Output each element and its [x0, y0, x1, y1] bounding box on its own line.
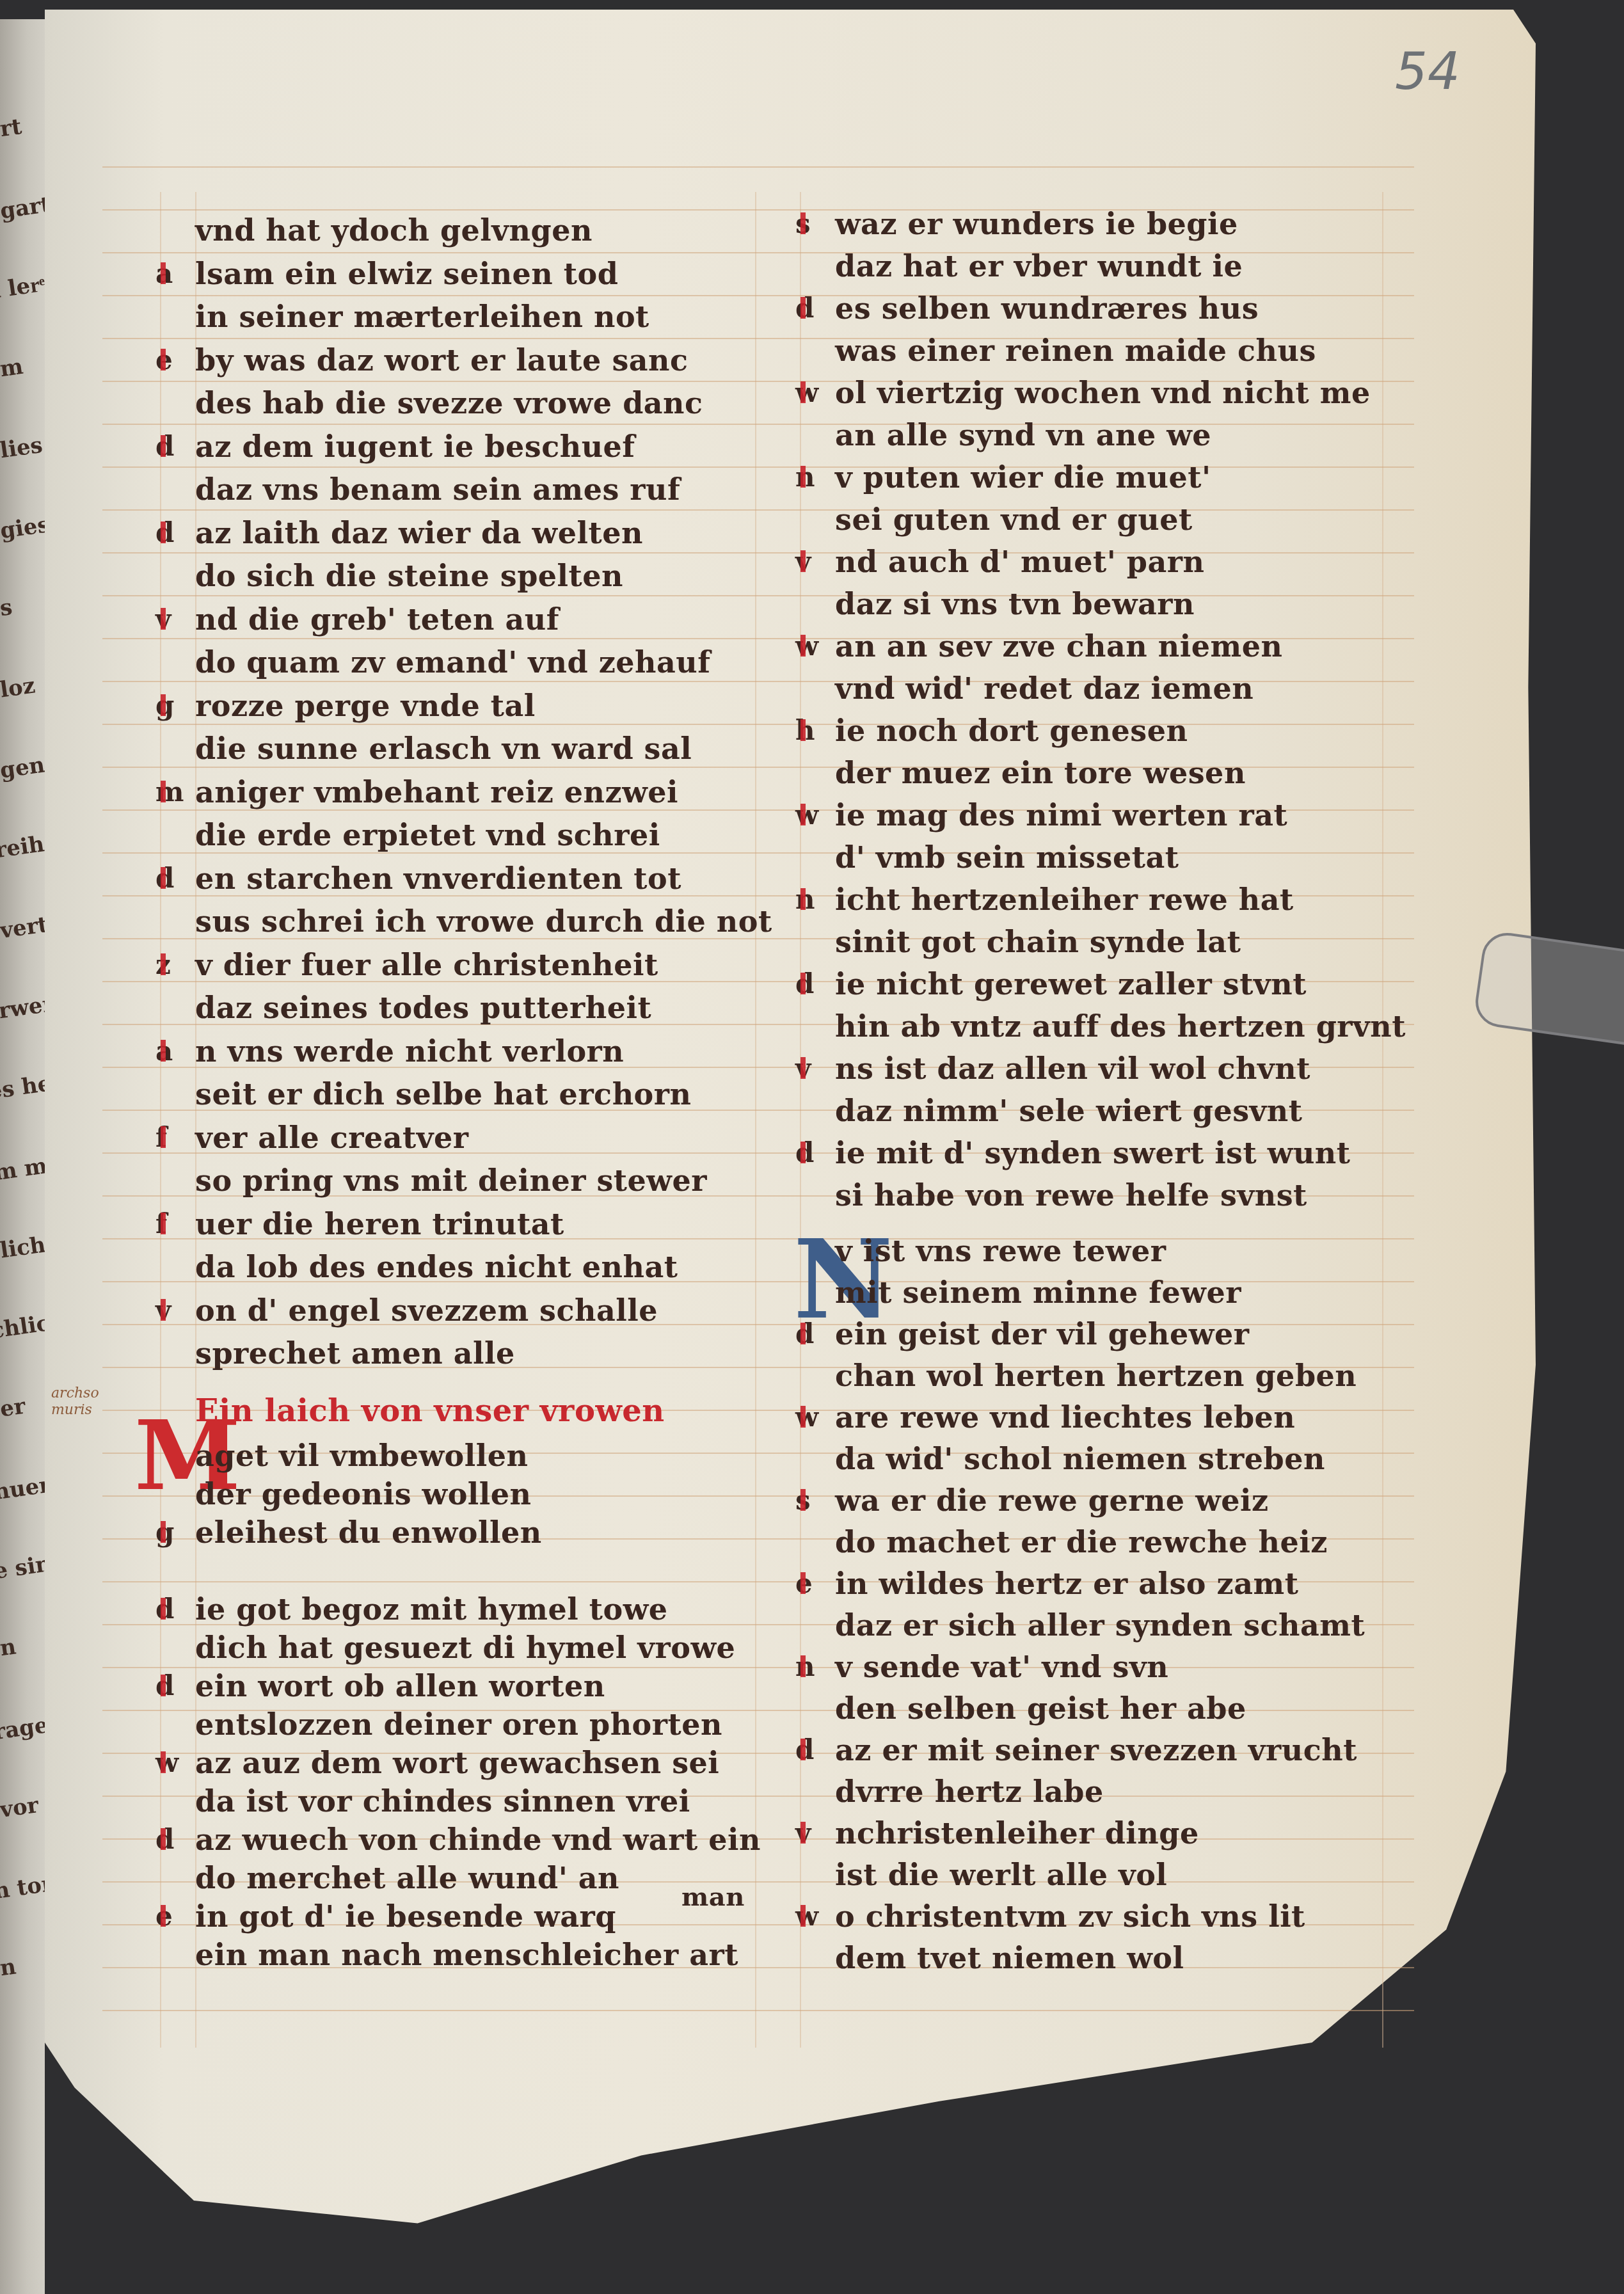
verse-text: daz er sich aller synden schamt: [835, 1608, 1365, 1643]
rubricated-initial: f: [155, 1119, 168, 1157]
rubricated-initial: d: [795, 965, 815, 1003]
verse-line: daz laith daz wier da welten: [195, 514, 643, 552]
verse-line: dein geist der vil gehewer: [835, 1315, 1249, 1353]
rubricated-initial: w: [795, 796, 819, 834]
verse-text: az er mit seiner svezzen vrucht: [835, 1733, 1357, 1767]
ruling-horizontal: [102, 595, 1414, 596]
verse-text: wa er die rewe gerne weiz: [835, 1483, 1269, 1518]
marginal-note: archso muris: [51, 1385, 99, 1419]
verse-line: an vns werde nicht verlorn: [195, 1032, 624, 1071]
verse-line: alsam ein elwiz seinen tod: [195, 255, 618, 293]
verse-text: nd auch d' muet' parn: [835, 545, 1204, 579]
verse-line: die got begoz mit hymel towe: [195, 1590, 668, 1629]
verse-line: an alle synd vn ane we: [835, 416, 1211, 454]
verse-line: wol viertzig wochen vnd nicht me: [835, 374, 1371, 412]
verse-line: si habe von rewe helfe svnst: [835, 1176, 1307, 1215]
previous-leaf-fragment: lich: [0, 1232, 45, 1264]
verse-text: da wid' schol niemen streben: [835, 1442, 1325, 1476]
verse-text: v sende vat' vnd svn: [835, 1650, 1168, 1684]
verse-text: daz vns benam sein ames ruf: [195, 472, 680, 507]
verse-text: aget vil vmbewollen: [195, 1438, 528, 1473]
verse-line: ein got d' ie besende warq: [195, 1897, 616, 1936]
verse-text: in seiner mærterleihen not: [195, 299, 649, 334]
previous-leaf-fragment: en reihen: [0, 827, 45, 869]
verse-text: da ist vor chindes sinnen vrei: [195, 1784, 690, 1819]
verse-line: von d' engel svezzem schalle: [195, 1291, 658, 1330]
verse-text: in got d' ie besende warq: [195, 1899, 616, 1934]
rubricated-initial: w: [795, 374, 819, 412]
rubricated-initial: v: [155, 1291, 171, 1330]
verse-text: da lob des endes nicht enhat: [195, 1250, 678, 1284]
verse-line: so pring vns mit deiner stewer: [195, 1161, 707, 1200]
previous-leaf-fragment: er: [0, 1393, 27, 1422]
verse-line: da lob des endes nicht enhat: [195, 1248, 678, 1286]
rubricated-initial: d: [155, 1590, 175, 1629]
verse-text: der muez ein tore wesen: [835, 756, 1246, 790]
rubricated-initial: a: [155, 255, 173, 293]
previous-leaf-fragment: gart: [0, 192, 45, 225]
rubricated-initial: g: [155, 687, 175, 725]
verse-line: sei guten vnd er guet: [835, 500, 1193, 539]
verse-text: sprechet amen alle: [195, 1336, 515, 1371]
rubricated-initial: s: [795, 1481, 811, 1520]
previous-leaf-fragment: n: [0, 1634, 17, 1661]
verse-line: do machet er die rewche heiz: [835, 1523, 1328, 1561]
verse-text: dem tvet niemen wol: [835, 1941, 1184, 1975]
rubricated-initial: d: [155, 1667, 175, 1705]
previous-leaf-fragment: gies: [0, 512, 45, 544]
verse-text: az wuech von chinde vnd wart ein: [195, 1822, 761, 1857]
verse-text: an an sev zve chan niemen: [835, 629, 1282, 664]
verse-line: des selben wundræres hus: [835, 289, 1259, 328]
verse-line: eby was daz wort er laute sanc: [195, 341, 689, 379]
foliation-number: 54: [1395, 42, 1460, 101]
verse-text: vnd hat ydoch gelvngen: [195, 213, 593, 248]
verse-text: so pring vns mit deiner stewer: [195, 1163, 707, 1198]
verse-text: rozze perge vnde tal: [195, 689, 536, 723]
verse-line: vnd wid' redet daz iemen: [835, 669, 1254, 708]
rubricated-initial: d: [795, 1315, 815, 1353]
verse-line: den selben geist her abe: [835, 1689, 1246, 1728]
verse-line: ist die werlt alle vol: [835, 1856, 1167, 1894]
verse-text: ein wort ob allen worten: [195, 1669, 605, 1703]
verse-line: seit er dich selbe hat erchorn: [195, 1075, 691, 1113]
previous-leaf-fragment: rt: [0, 114, 23, 142]
verse-line: waz auz dem wort gewachsen sei: [195, 1744, 719, 1782]
rubricated-initial: n: [795, 880, 815, 919]
previous-leaf-fragment: e sin: [0, 1551, 45, 1584]
verse-text: az laith daz wier da welten: [195, 516, 643, 550]
previous-leaf-fragment: m: [0, 354, 25, 383]
verse-text: an alle synd vn ane we: [835, 418, 1211, 452]
verse-line: vns ist daz allen vil wol chvnt: [835, 1049, 1310, 1088]
verse-text: by was daz wort er laute sanc: [195, 343, 689, 378]
ruling-horizontal: [102, 466, 1414, 468]
verse-line: dein wort ob allen worten: [195, 1667, 605, 1705]
verse-line: chan wol herten hertzen geben: [835, 1357, 1357, 1395]
rubricated-initial: d: [795, 1731, 815, 1769]
previous-leaf-fragment: nuere: [0, 1470, 45, 1505]
verse-text: dich hat gesuezt di hymel vrowe: [195, 1630, 735, 1665]
verse-text: entslozzen deiner oren phorten: [195, 1707, 722, 1742]
verse-line: do merchet alle wund' an: [195, 1859, 619, 1897]
rubricated-initial: n: [795, 458, 815, 497]
rubricated-initial: d: [795, 1134, 815, 1172]
rubricated-initial: w: [155, 1744, 179, 1782]
verse-line: sus schrei ich vrowe durch die not: [195, 902, 772, 941]
rubricated-initial: s: [795, 205, 811, 243]
verse-text: die erde erpietet vnd schrei: [195, 818, 660, 852]
verse-text: seit er dich selbe hat erchorn: [195, 1077, 691, 1111]
rubricated-initial: d: [155, 859, 175, 898]
verse-text: en starchen vnverdienten tot: [195, 861, 681, 896]
previous-leaf-fragment: ragen: [0, 1710, 45, 1746]
rubricated-initial: n: [795, 1648, 815, 1686]
verse-line: zv dier fuer alle christenheit: [195, 946, 658, 984]
verse-line: daz hat er vber wundt ie: [835, 247, 1243, 285]
rubricated-initial: d: [155, 514, 175, 552]
verse-text: v puten wier die muet': [835, 460, 1211, 495]
rubricated-initial: h: [795, 712, 815, 750]
verse-text: hin ab vntz auff des hertzen grvnt: [835, 1009, 1406, 1044]
previous-leaf-fragment: n tor: [0, 1871, 45, 1905]
verse-line: fuer die heren trinutat: [195, 1205, 564, 1243]
verse-text: der gedeonis wollen: [195, 1477, 532, 1511]
verse-text: az dem iugent ie beschuef: [195, 429, 635, 464]
ruling-horizontal: [102, 166, 1414, 168]
verse-line: da ist vor chindes sinnen vrei: [195, 1782, 690, 1820]
verse-line: sprechet amen alle: [195, 1334, 515, 1373]
verse-text: d' vmb sein missetat: [835, 840, 1179, 875]
verse-line: der gedeonis wollen: [195, 1475, 532, 1513]
rubric-heading: Ein laich von vnser vrowen: [195, 1392, 665, 1430]
verse-text: nd die greb' teten auf: [195, 602, 559, 637]
ruling-horizontal: [102, 552, 1414, 554]
verse-line: die sunne erlasch vn ward sal: [195, 729, 692, 768]
previous-leaf-fragment: loz: [0, 673, 36, 703]
rubricated-initial: w: [795, 627, 819, 665]
verse-line: ware rewe vnd liechtes leben: [835, 1398, 1295, 1437]
verse-line: nicht hertzenleiher rewe hat: [835, 880, 1294, 919]
verse-text: n vns werde nicht verlorn: [195, 1034, 624, 1069]
verse-text: daz hat er vber wundt ie: [835, 249, 1243, 283]
marginal-note-line: archso: [51, 1385, 99, 1402]
verse-line: daz wuech von chinde vnd wart ein: [195, 1820, 761, 1859]
verse-text: az auz dem wort gewachsen sei: [195, 1746, 719, 1780]
verse-text: nchristenleiher dinge: [835, 1816, 1199, 1851]
verse-line: sinit got chain synde lat: [835, 923, 1241, 961]
rubricated-initial: v: [795, 1814, 811, 1852]
verse-line: was einer reinen maide chus: [835, 331, 1316, 370]
verse-text: den selben geist her abe: [835, 1691, 1246, 1726]
verse-text: mit seinem minne fewer: [835, 1275, 1241, 1310]
verse-text: die sunne erlasch vn ward sal: [195, 731, 692, 766]
rubricated-initial: z: [155, 946, 171, 984]
ruling-vertical: [1382, 192, 1383, 2048]
verse-line: daz nimm' sele wiert gesvnt: [835, 1092, 1302, 1130]
verse-line: der muez ein tore wesen: [835, 754, 1246, 792]
verse-text: v dier fuer alle christenheit: [195, 948, 658, 982]
verse-line: nv puten wier die muet': [835, 458, 1211, 497]
verse-text: in wildes hertz er also zamt: [835, 1566, 1298, 1601]
rubricated-initial: g: [155, 1513, 175, 1552]
verse-line: wie mag des nimi werten rat: [835, 796, 1287, 834]
verse-text: ie noch dort genesen: [835, 713, 1188, 748]
verse-text: aniger vmbehant reiz enzwei: [195, 775, 678, 809]
ruling-horizontal: [102, 2010, 1414, 2011]
previous-leaf-fragment: nichlich: [0, 1308, 45, 1347]
verse-line: hie noch dort genesen: [835, 712, 1188, 750]
verse-text: dvrre hertz labe: [835, 1774, 1104, 1809]
verse-text: sinit got chain synde lat: [835, 925, 1241, 959]
verse-text: uer die heren trinutat: [195, 1207, 564, 1241]
verse-text: eleihest du enwollen: [195, 1515, 542, 1550]
verse-line: do quam zv emand' vnd zehauf: [195, 643, 711, 681]
rubricated-initial: v: [155, 600, 171, 639]
verse-line: vnd hat ydoch gelvngen: [195, 211, 593, 250]
rubricated-initial: m: [155, 773, 184, 811]
verse-text: icht hertzenleiher rewe hat: [835, 882, 1294, 917]
verse-line: vnchristenleiher dinge: [835, 1814, 1199, 1852]
previous-leaf-fragment: vor: [0, 1792, 40, 1823]
verse-text: waz er wunders ie begie: [835, 207, 1238, 241]
previous-leaf-fragment: erwert: [0, 990, 45, 1026]
verse-text: vnd wid' redet daz iemen: [835, 671, 1254, 706]
verse-line: maniger vmbehant reiz enzwei: [195, 773, 678, 811]
verse-line: daz seines todes putterheit: [195, 989, 651, 1027]
marginal-insert: man: [681, 1878, 745, 1916]
verse-text: ol viertzig wochen vnd nicht me: [835, 376, 1371, 410]
verse-line: daz si vns tvn bewarn: [835, 585, 1195, 623]
verse-text: es selben wundræres hus: [835, 291, 1259, 326]
verse-line: do sich die steine spelten: [195, 557, 623, 595]
verse-text: ver alle creatver: [195, 1120, 469, 1155]
previous-leaf-fragment: s: [0, 594, 14, 621]
verse-text: are rewe vnd liechtes leben: [835, 1400, 1295, 1435]
verse-line: entslozzen deiner oren phorten: [195, 1705, 722, 1744]
verse-line: aget vil vmbewollen: [195, 1437, 528, 1475]
verse-line: d' vmb sein missetat: [835, 838, 1179, 877]
previous-leaf-fragment: zes her: [0, 1069, 45, 1107]
verse-text: do merchet alle wund' an: [195, 1861, 619, 1895]
verse-line: in seiner mærterleihen not: [195, 298, 649, 336]
verse-line: mit seinem minne fewer: [835, 1273, 1241, 1312]
verse-text: chan wol herten hertzen geben: [835, 1358, 1357, 1393]
verse-text: was einer reinen maide chus: [835, 333, 1316, 368]
rubricated-initial: w: [795, 1897, 819, 1936]
verse-line: dem tvet niemen wol: [835, 1939, 1184, 1977]
verse-line: ein wildes hertz er also zamt: [835, 1565, 1298, 1603]
verse-text: ie mit d' synden swert ist wunt: [835, 1136, 1351, 1170]
ruling-vertical: [755, 192, 756, 2048]
verse-line: daz vns benam sein ames ruf: [195, 470, 680, 509]
rubricated-initial: e: [795, 1565, 813, 1603]
verse-line: die erde erpietet vnd schrei: [195, 816, 660, 854]
verse-line: des hab die svezze vrowe danc: [195, 384, 703, 422]
verse-line: hin ab vntz auff des hertzen grvnt: [835, 1007, 1406, 1046]
previous-leaf-fragment: m mer: [0, 1150, 45, 1186]
rubricated-initial: d: [155, 427, 175, 466]
rubricated-initial: w: [795, 1398, 819, 1437]
marginal-note-line: muris: [51, 1402, 99, 1419]
verse-text: ie got begoz mit hymel towe: [195, 1592, 668, 1627]
verse-text: do quam zv emand' vnd zehauf: [195, 645, 711, 680]
previous-leaf-fragment: gen: [0, 752, 45, 783]
verse-line: da wid' schol niemen streben: [835, 1440, 1325, 1478]
rubricated-initial: e: [155, 1897, 173, 1936]
verse-line: die nicht gerewet zaller stvnt: [835, 965, 1307, 1003]
previous-leaf-edge: rtgartn lerͤmliesgiesslozgenen reihenver…: [0, 19, 45, 2294]
verse-text: si habe von rewe helfe svnst: [835, 1178, 1307, 1213]
verse-line: swaz er wunders ie begie: [835, 205, 1238, 243]
ruling-horizontal: [102, 509, 1414, 511]
verse-line: v ist vns rewe tewer: [835, 1232, 1166, 1270]
verse-text: sei guten vnd er guet: [835, 502, 1193, 537]
verse-text: ist die werlt alle vol: [835, 1858, 1167, 1892]
verse-text: ie mag des nimi werten rat: [835, 798, 1287, 832]
verse-text: ein geist der vil gehewer: [835, 1317, 1249, 1351]
verse-text: daz nimm' sele wiert gesvnt: [835, 1094, 1302, 1128]
verse-text: on d' engel svezzem schalle: [195, 1293, 658, 1328]
verse-line: ein man nach menschleicher art: [195, 1936, 738, 1974]
verse-text: v ist vns rewe tewer: [835, 1234, 1166, 1268]
previous-leaf-fragment: n lerͤ: [0, 271, 45, 305]
verse-line: daz er mit seiner svezzen vrucht: [835, 1731, 1357, 1769]
rubricated-initial: e: [155, 341, 173, 379]
rubricated-initial: d: [795, 289, 815, 328]
verse-text: o christentvm zv sich vns lit: [835, 1899, 1305, 1934]
verse-line: wan an sev zve chan niemen: [835, 627, 1282, 665]
verse-line: vnd auch d' muet' parn: [835, 543, 1204, 581]
verse-line: wo christentvm zv sich vns lit: [835, 1897, 1305, 1936]
verse-line: den starchen vnverdienten tot: [195, 859, 681, 898]
verse-line: dvrre hertz labe: [835, 1772, 1104, 1811]
verse-text: daz si vns tvn bewarn: [835, 587, 1195, 621]
verse-line: fver alle creatver: [195, 1119, 469, 1157]
previous-leaf-fragment: lies: [0, 433, 44, 464]
rubricated-initial: a: [155, 1032, 173, 1071]
ruling-horizontal: [102, 424, 1414, 425]
verse-line: daz dem iugent ie beschuef: [195, 427, 635, 466]
verse-text: do machet er die rewche heiz: [835, 1525, 1328, 1559]
verse-text: sus schrei ich vrowe durch die not: [195, 904, 772, 939]
verse-line: daz er sich aller synden schamt: [835, 1606, 1365, 1645]
verse-line: vnd die greb' teten auf: [195, 600, 559, 639]
rubricated-initial: v: [795, 1049, 811, 1088]
verse-line: geleihest du enwollen: [195, 1513, 542, 1552]
verse-text: ie nicht gerewet zaller stvnt: [835, 967, 1307, 1001]
previous-leaf-fragment: n: [0, 1954, 17, 1981]
previous-leaf-fragment: vert: [0, 912, 45, 944]
verse-text: do sich die steine spelten: [195, 559, 623, 593]
verse-text: des hab die svezze vrowe danc: [195, 386, 703, 420]
verse-line: grozze perge vnde tal: [195, 687, 536, 725]
rubricated-initial: v: [795, 543, 811, 581]
verse-text: daz seines todes putterheit: [195, 991, 651, 1025]
rubricated-initial: f: [155, 1205, 168, 1243]
rubricated-initial: d: [155, 1820, 175, 1859]
verse-line: die mit d' synden swert ist wunt: [835, 1134, 1351, 1172]
verse-text: lsam ein elwiz seinen tod: [195, 257, 618, 291]
verse-line: dich hat gesuezt di hymel vrowe: [195, 1629, 735, 1667]
verse-text: ns ist daz allen vil wol chvnt: [835, 1051, 1310, 1086]
verse-line: swa er die rewe gerne weiz: [835, 1481, 1269, 1520]
verse-line: nv sende vat' vnd svn: [835, 1648, 1168, 1686]
verse-text: ein man nach menschleicher art: [195, 1938, 738, 1972]
